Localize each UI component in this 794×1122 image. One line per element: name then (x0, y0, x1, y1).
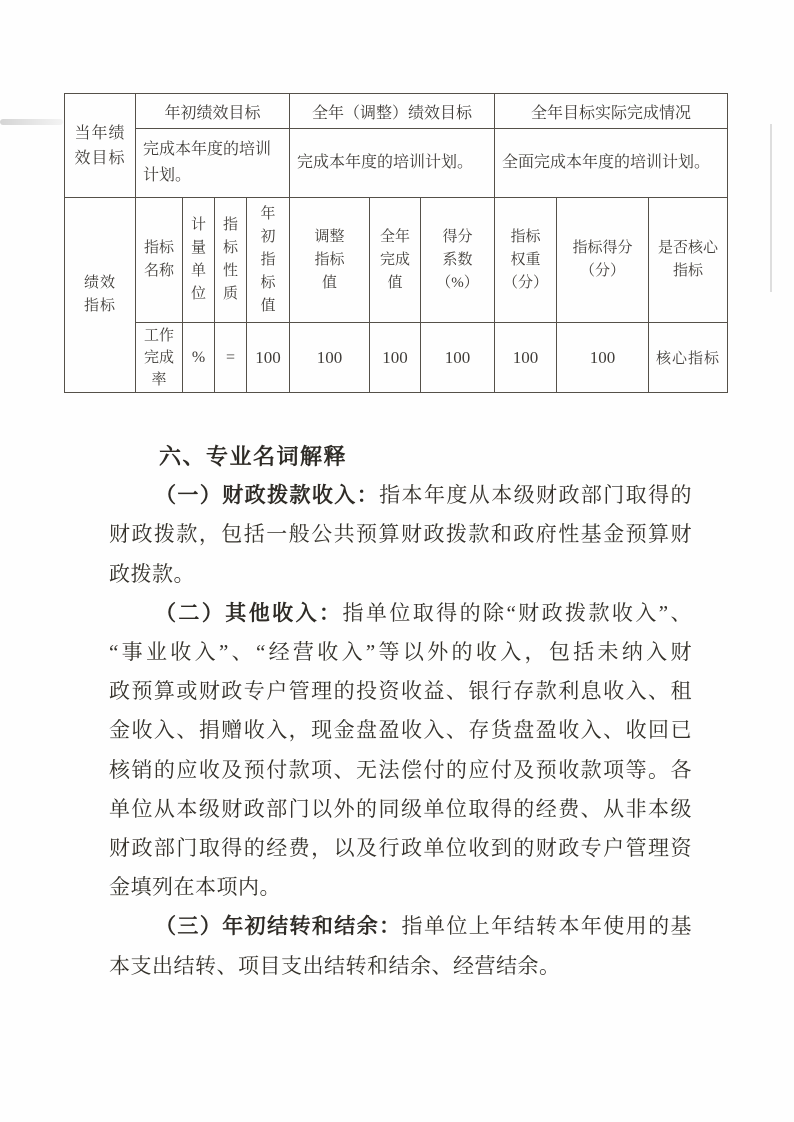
cell-actual-completion-text: 全面完成本年度的培训计划。 (495, 129, 728, 198)
col-header-actual-completion: 全年目标实际完成情况 (495, 94, 728, 129)
col-header-year-start-value: 年 初 指 标 值 (247, 198, 290, 323)
cell-core-indicator: 核心指标 (649, 323, 728, 393)
term-label: （二）其他收入： (155, 601, 342, 625)
col-header-year-complete-value: 全年 完成 值 (370, 198, 421, 323)
cell-weight: 100 (495, 323, 557, 393)
col-header-adjusted-goal: 全年（调整）绩效目标 (290, 94, 495, 129)
table-row: 绩效 指标 指标 名称 计 量 单 位 指 标 性 质 年 初 指 标 值 调整… (65, 198, 728, 323)
row-header-current-year-goal: 当年绩 效目标 (65, 94, 136, 198)
row-header-performance-indicator: 绩效 指标 (65, 198, 136, 393)
col-header-indicator-name: 指标 名称 (136, 198, 183, 323)
cell-year-start-value: 100 (247, 323, 290, 393)
performance-indicator-table: 当年绩 效目标 年初绩效目标 全年（调整）绩效目标 全年目标实际完成情况 完成本… (64, 93, 728, 393)
document-page: 当年绩 效目标 年初绩效目标 全年（调整）绩效目标 全年目标实际完成情况 完成本… (0, 0, 794, 1122)
col-header-score: 指标得分 （分） (557, 198, 649, 323)
section-heading: 六、专业名词解释 (159, 437, 692, 476)
scan-smudge-artifact (0, 119, 63, 125)
table-row: 当年绩 效目标 年初绩效目标 全年（调整）绩效目标 全年目标实际完成情况 (65, 94, 728, 129)
cell-score: 100 (557, 323, 649, 393)
text-line: 政预算或财政专户管理的投资收益、银行存款利息收入、租 (109, 672, 692, 711)
scan-line-artifact (770, 124, 772, 292)
col-header-nature: 指 标 性 质 (215, 198, 247, 323)
text-line: 政拨款。 (109, 555, 692, 594)
paragraph-year-start-carryover: （三）年初结转和结余：指单位上年结转本年使用的基 本支出结转、项目支出结转和结余… (109, 907, 692, 985)
text-line: 核销的应收及预付款项、无法偿付的应付及预收款项等。各 (109, 751, 692, 790)
text-line: 本支出结转、项目支出结转和结余、经营结余。 (109, 947, 692, 986)
cell-score-coefficient: 100 (421, 323, 495, 393)
text-line: （一）财政拨款收入：指本年度从本级财政部门取得的 (109, 476, 692, 515)
cell-adjusted-goal-text: 完成本年度的培训计划。 (290, 129, 495, 198)
text-line: 单位从本级财政部门以外的同级单位取得的经费、从非本级 (109, 790, 692, 829)
text-line: 金收入、捐赠收入，现金盘盈收入、存货盘盈收入、收回已 (109, 711, 692, 750)
cell-unit: % (183, 323, 215, 393)
text-line: “事业收入”、“经营收入”等以外的收入，包括未纳入财 (109, 633, 692, 672)
col-header-weight: 指标 权重 （分） (495, 198, 557, 323)
col-header-core-indicator: 是否核心 指标 (649, 198, 728, 323)
text-line: 金填列在本项内。 (109, 868, 692, 907)
term-label: （一）财政拨款收入： (155, 483, 379, 507)
cell-year-complete-value: 100 (370, 323, 421, 393)
terms-section: 六、专业名词解释 （一）财政拨款收入：指本年度从本级财政部门取得的 财政拨款，包… (109, 437, 692, 986)
col-header-unit: 计 量 单 位 (183, 198, 215, 323)
table-row: 完成本年度的培训 计划。 完成本年度的培训计划。 全面完成本年度的培训计划。 (65, 129, 728, 198)
text-line: （三）年初结转和结余：指单位上年结转本年使用的基 (109, 907, 692, 946)
paragraph-other-income: （二）其他收入：指单位取得的除“财政拨款收入”、 “事业收入”、“经营收入”等以… (109, 594, 692, 908)
cell-indicator-name: 工作 完成 率 (136, 323, 183, 393)
text-line: 财政部门取得的经费，以及行政单位收到的财政专户管理资 (109, 829, 692, 868)
col-header-score-coefficient: 得分 系数 （%） (421, 198, 495, 323)
text-line: 财政拨款，包括一般公共预算财政拨款和政府性基金预算财 (109, 515, 692, 554)
cell-year-start-goal-text: 完成本年度的培训 计划。 (136, 129, 290, 198)
col-header-year-start-goal: 年初绩效目标 (136, 94, 290, 129)
term-label: （三）年初结转和结余： (155, 914, 402, 938)
paragraph-fiscal-appropriation-income: （一）财政拨款收入：指本年度从本级财政部门取得的 财政拨款，包括一般公共预算财政… (109, 476, 692, 594)
text-line: （二）其他收入：指单位取得的除“财政拨款收入”、 (109, 594, 692, 633)
table-data-row: 工作 完成 率 % = 100 100 100 100 100 100 核心指标 (65, 323, 728, 393)
col-header-adjusted-value: 调整 指标 值 (290, 198, 370, 323)
cell-nature: = (215, 323, 247, 393)
cell-adjusted-value: 100 (290, 323, 370, 393)
